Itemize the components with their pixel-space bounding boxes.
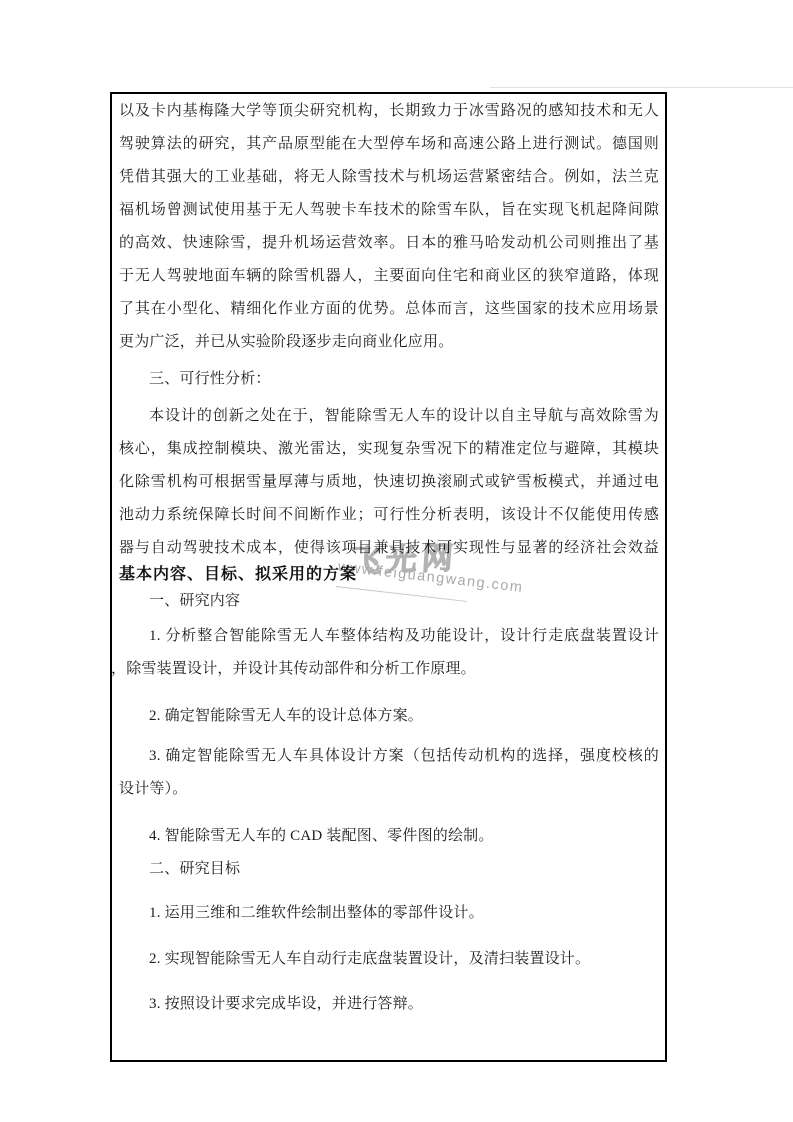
text-line: 了其在小型化、精细化作业方面的优势。总体而言，这些国家的技术应用场景 <box>119 293 659 326</box>
text-line: 福机场曾测试使用基于无人驾驶卡车技术的除雪车队，旨在实现飞机起降间隙 <box>119 194 659 227</box>
document-text-block: 以及卡内基梅隆大学等顶尖研究机构，长期致力于冰雪路况的感知技术和无人驾驶算法的研… <box>112 94 665 1021</box>
scan-artifact-line <box>490 87 793 88</box>
text-line: 三、可行性分析： <box>119 363 659 396</box>
text-line: 凭借其强大的工业基础，将无人除雪技术与机场运营紧密结合。例如，法兰克 <box>119 161 659 194</box>
document-page: 飞光网 www.feiguangwang.com 以及卡内基梅隆大学等顶尖研究机… <box>0 0 793 1122</box>
text-line: 本设计的创新之处在于，智能除雪无人车的设计以自主导航与高效除雪为 <box>119 400 659 433</box>
text-line: 一、研究内容 <box>119 585 659 618</box>
text-line: 驾驶算法的研究，其产品原型能在大型停车场和高速公路上进行测试。德国则 <box>119 128 659 161</box>
text-line: 二、研究目标 <box>119 853 659 886</box>
text-line: 4. 智能除雪无人车的 CAD 装配图、零件图的绘制。 <box>119 820 659 853</box>
text-line: 的高效、快速除雪，提升机场运营效率。日本的雅马哈发动机公司则推出了基 <box>119 227 659 260</box>
text-line: 化除雪机构可根据雪量厚薄与质地，快速切换滚刷式或铲雪板模式，并通过电 <box>119 466 659 499</box>
text-line: ，除雪装置设计，并设计其传动部件和分析工作原理。 <box>111 653 659 686</box>
text-line: 2. 实现智能除雪无人车自动行走底盘装置设计，及清扫装置设计。 <box>119 943 659 976</box>
text-line: 以及卡内基梅隆大学等顶尖研究机构，长期致力于冰雪路况的感知技术和无人 <box>119 95 659 128</box>
text-line: 1. 运用三维和二维软件绘制出整体的零部件设计。 <box>119 897 659 930</box>
text-line: 设计等）。 <box>119 773 659 806</box>
text-line: 1. 分析整合智能除雪无人车整体结构及功能设计，设计行走底盘装置设计 <box>119 620 659 653</box>
text-line: 3. 按照设计要求完成毕设，并进行答辩。 <box>119 988 659 1021</box>
text-line: 于无人驾驶地面车辆的除雪机器人，主要面向住宅和商业区的狭窄道路，体现 <box>119 260 659 293</box>
text-line: 2. 确定智能除雪无人车的设计总体方案。 <box>119 700 659 733</box>
text-line: 池动力系统保障长时间不间断作业；可行性分析表明，该设计不仅能使用传感 <box>119 499 659 532</box>
text-line: 核心，集成控制模块、激光雷达，实现复杂雪况下的精准定位与避障，其模块 <box>119 433 659 466</box>
text-line: 更为广泛，并已从实验阶段逐步走向商业化应用。 <box>119 326 659 359</box>
text-line: 3. 确定智能除雪无人车具体设计方案（包括传动机构的选择，强度校核的 <box>119 740 659 773</box>
table-cell-border: 以及卡内基梅隆大学等顶尖研究机构，长期致力于冰雪路况的感知技术和无人驾驶算法的研… <box>110 92 667 1062</box>
